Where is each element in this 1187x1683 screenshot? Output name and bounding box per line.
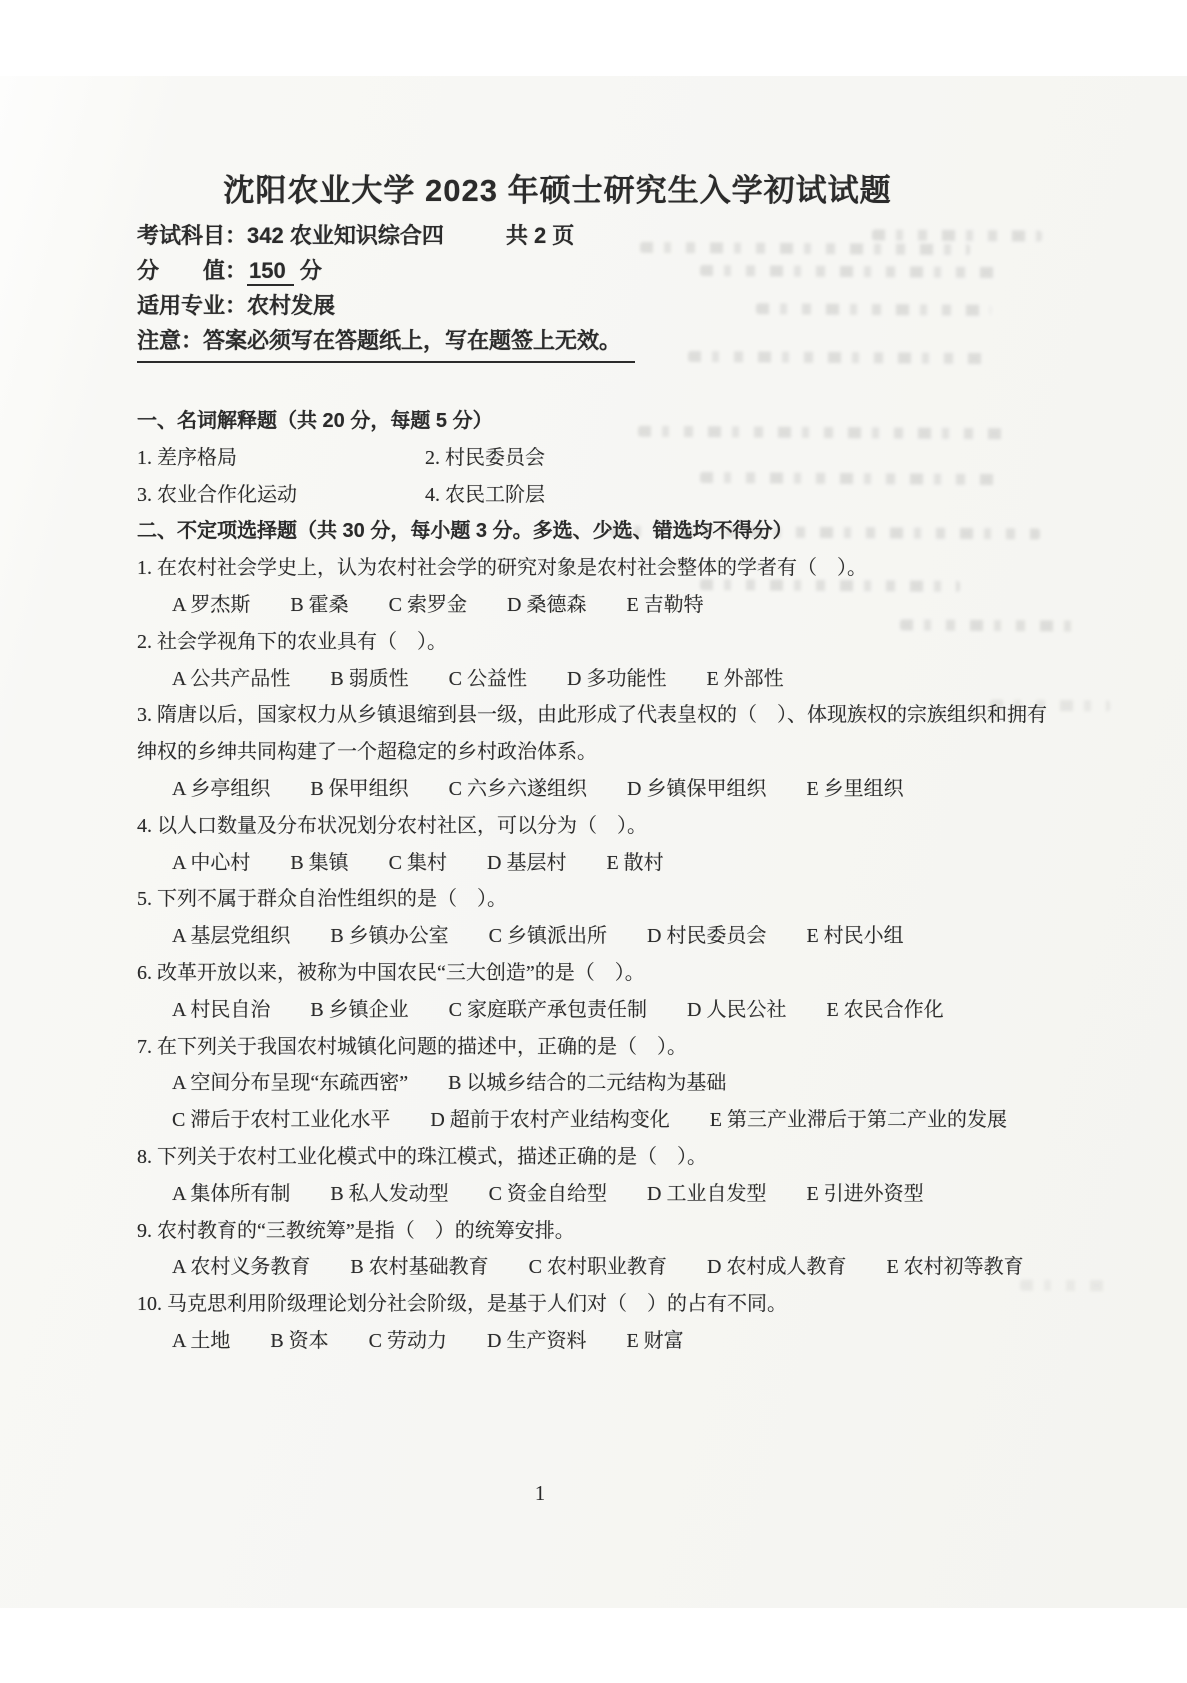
- scanned-exam-page: { "colors": { "text": "#2b2b2b", "paper"…: [0, 0, 1187, 1683]
- question-7: 7. 在下列关于我国农村城镇化问题的描述中，正确的是（ ）。 A 空间分布呈现“…: [137, 1029, 1065, 1139]
- exam-subject-label: 考试科目：: [137, 223, 247, 248]
- question-3-stem: 3. 隋唐以后，国家权力从乡镇退缩到县一级，由此形成了代表皇权的（ ）、体现族权…: [137, 697, 1065, 771]
- question-1-options: A 罗杰斯 B 霍桑 C 索罗金 D 桑德森 E 吉勒特: [137, 587, 1065, 624]
- term-item-4: 4. 农民工阶层: [425, 477, 1065, 514]
- total-pages-note: 共 2 页: [506, 218, 574, 253]
- question-7-stem: 7. 在下列关于我国农村城镇化问题的描述中，正确的是（ ）。: [137, 1029, 1065, 1066]
- question-10-stem: 10. 马克思利用阶级理论划分社会阶级，是基于人们对（ ）的占有不同。: [137, 1286, 1065, 1323]
- question-5-stem: 5. 下列不属于群众自治性组织的是（ ）。: [137, 881, 1065, 918]
- page-number: 1: [0, 1478, 1080, 1508]
- question-4-stem: 4. 以人口数量及分布状况划分农村社区，可以分为（ ）。: [137, 808, 1065, 845]
- question-1-stem: 1. 在农村社会学史上，认为农村社会学的研究对象是农村社会整体的学者有（ ）。: [137, 550, 1065, 587]
- exam-score-label: 分 值：: [137, 258, 247, 283]
- exam-header: 沈阳农业大学 2023 年硕士研究生入学初试试题 考试科目：342 农业知识综合…: [137, 170, 1062, 363]
- term-item-2: 2. 村民委员会: [425, 440, 1065, 477]
- section1-row-1: 1. 差序格局 2. 村民委员会: [137, 440, 1065, 477]
- exam-subject-line: 考试科目：342 农业知识综合四共 2 页: [137, 218, 1062, 253]
- exam-major-value: 农村发展: [247, 293, 335, 318]
- question-2: 2. 社会学视角下的农业具有（ ）。 A 公共产品性 B 弱质性 C 公益性 D…: [137, 624, 1065, 698]
- exam-score-suffix: 分: [300, 258, 322, 283]
- question-7-options-row-2: C 滞后于农村工业化水平 D 超前于农村产业结构变化 E 第三产业滞后于第二产业…: [137, 1102, 1065, 1139]
- exam-notice-line: 注意：答案必须写在答题纸上，写在题签上无效。: [137, 323, 1062, 363]
- exam-major-label: 适用专业：: [137, 293, 247, 318]
- exam-major-line: 适用专业：农村发展: [137, 288, 1062, 323]
- question-2-options: A 公共产品性 B 弱质性 C 公益性 D 多功能性 E 外部性: [137, 661, 1065, 698]
- question-8-options: A 集体所有制 B 私人发动型 C 资金自给型 D 工业自发型 E 引进外资型: [137, 1176, 1065, 1213]
- question-10: 10. 马克思利用阶级理论划分社会阶级，是基于人们对（ ）的占有不同。 A 土地…: [137, 1286, 1065, 1360]
- question-6-stem: 6. 改革开放以来，被称为中国农民“三大创造”的是（ ）。: [137, 955, 1065, 992]
- section1-heading: 一、名词解释题（共 20 分，每题 5 分）: [137, 403, 1065, 440]
- question-4-options: A 中心村 B 集镇 C 集村 D 基层村 E 散村: [137, 845, 1065, 882]
- question-7-options-row-1: A 空间分布呈现“东疏西密” B 以城乡结合的二元结构为基础: [137, 1065, 1065, 1102]
- exam-score-value: 150: [247, 258, 294, 286]
- question-3: 3. 隋唐以后，国家权力从乡镇退缩到县一级，由此形成了代表皇权的（ ）、体现族权…: [137, 697, 1065, 807]
- question-9: 9. 农村教育的“三教统筹”是指（ ）的统筹安排。 A 农村义务教育 B 农村基…: [137, 1213, 1065, 1287]
- exam-subject-value: 342 农业知识综合四: [247, 223, 444, 248]
- question-4: 4. 以人口数量及分布状况划分农村社区，可以分为（ ）。 A 中心村 B 集镇 …: [137, 808, 1065, 882]
- question-8: 8. 下列关于农村工业化模式中的珠江模式，描述正确的是（ ）。 A 集体所有制 …: [137, 1139, 1065, 1213]
- question-1: 1. 在农村社会学史上，认为农村社会学的研究对象是农村社会整体的学者有（ ）。 …: [137, 550, 1065, 624]
- exam-body: 一、名词解释题（共 20 分，每题 5 分） 1. 差序格局 2. 村民委员会 …: [137, 403, 1065, 1360]
- section1-row-2: 3. 农业合作化运动 4. 农民工阶层: [137, 477, 1065, 514]
- question-9-stem: 9. 农村教育的“三教统筹”是指（ ）的统筹安排。: [137, 1213, 1065, 1250]
- term-item-3: 3. 农业合作化运动: [137, 477, 425, 514]
- exam-title: 沈阳农业大学 2023 年硕士研究生入学初试试题: [95, 170, 1020, 212]
- question-10-options: A 土地 B 资本 C 劳动力 D 生产资料 E 财富: [137, 1323, 1065, 1360]
- question-5-options: A 基层党组织 B 乡镇办公室 C 乡镇派出所 D 村民委员会 E 村民小组: [137, 918, 1065, 955]
- question-8-stem: 8. 下列关于农村工业化模式中的珠江模式，描述正确的是（ ）。: [137, 1139, 1065, 1176]
- exam-notice-text: 注意：答案必须写在答题纸上，写在题签上无效。: [137, 323, 635, 363]
- term-item-1: 1. 差序格局: [137, 440, 425, 477]
- question-2-stem: 2. 社会学视角下的农业具有（ ）。: [137, 624, 1065, 661]
- question-9-options: A 农村义务教育 B 农村基础教育 C 农村职业教育 D 农村成人教育 E 农村…: [137, 1249, 1065, 1286]
- question-3-options: A 乡亭组织 B 保甲组织 C 六乡六遂组织 D 乡镇保甲组织 E 乡里组织: [137, 771, 1065, 808]
- question-5: 5. 下列不属于群众自治性组织的是（ ）。 A 基层党组织 B 乡镇办公室 C …: [137, 881, 1065, 955]
- section2-heading: 二、不定项选择题（共 30 分，每小题 3 分。多选、少选、错选均不得分）: [137, 513, 1065, 550]
- question-6: 6. 改革开放以来，被称为中国农民“三大创造”的是（ ）。 A 村民自治 B 乡…: [137, 955, 1065, 1029]
- exam-score-line: 分 值：150 分: [137, 253, 1062, 288]
- question-6-options: A 村民自治 B 乡镇企业 C 家庭联产承包责任制 D 人民公社 E 农民合作化: [137, 992, 1065, 1029]
